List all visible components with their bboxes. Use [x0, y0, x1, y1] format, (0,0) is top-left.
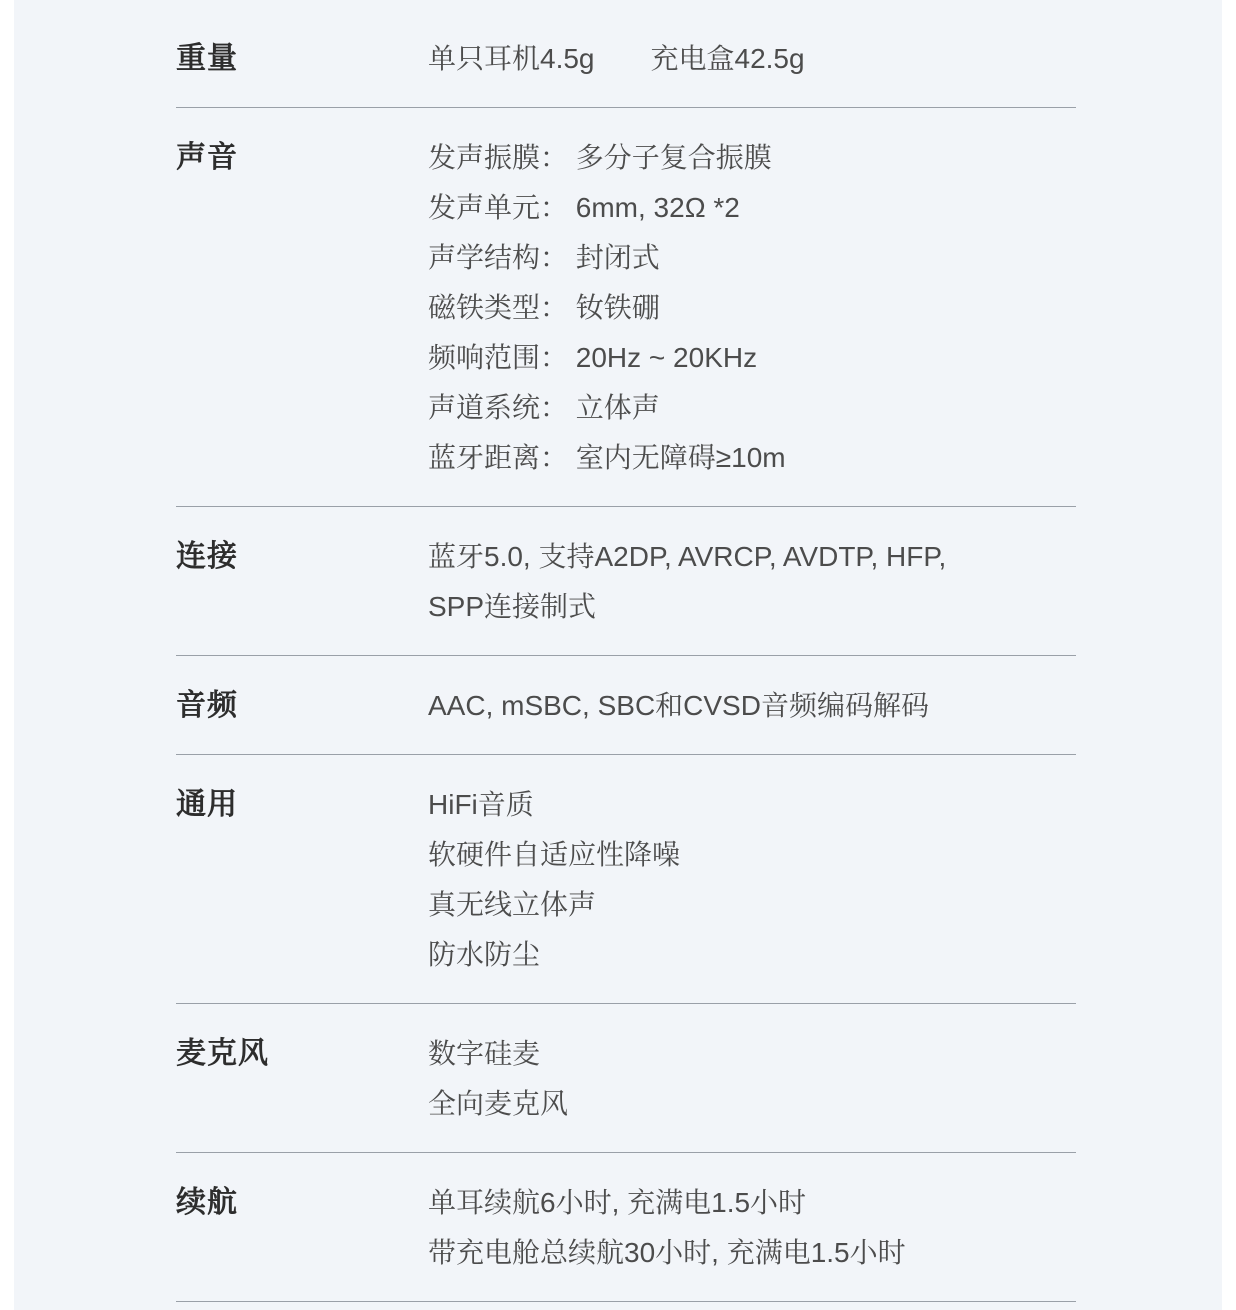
spec-value-line: 带充电舱总续航30小时, 充满电1.5小时 — [428, 1228, 1222, 1278]
spec-value-line: 全向麦克风 — [428, 1079, 1222, 1129]
spec-section-values: HiFi音质软硬件自适应性降噪真无线立体声防水防尘 — [428, 780, 1222, 980]
spec-value-line: AAC, mSBC, SBC和CVSD音频编码解码 — [428, 681, 1222, 731]
spec-section-row: 麦克风 数字硅麦全向麦克风 — [176, 1004, 1222, 1152]
section-divider — [176, 1301, 1076, 1302]
spec-table: 重量 单只耳机4.5g 充电盒42.5g 声音 发声振膜： 多分子复合振膜发声单… — [14, 0, 1222, 1302]
spec-value-line: 发声振膜： 多分子复合振膜 — [428, 133, 1222, 183]
spec-value-line: 蓝牙5.0, 支持A2DP, AVRCP, AVDTP, HFP, — [428, 532, 1222, 582]
spec-section-label: 声音 — [176, 133, 428, 183]
spec-section-values: AAC, mSBC, SBC和CVSD音频编码解码 — [428, 681, 1222, 731]
spec-section-row: 通用 HiFi音质软硬件自适应性降噪真无线立体声防水防尘 — [176, 755, 1222, 1003]
spec-section-label: 重量 — [176, 34, 428, 84]
spec-section-label: 麦克风 — [176, 1029, 428, 1079]
spec-section-label: 续航 — [176, 1178, 428, 1228]
spec-panel: 重量 单只耳机4.5g 充电盒42.5g 声音 发声振膜： 多分子复合振膜发声单… — [14, 0, 1222, 1310]
spec-section-label: 音频 — [176, 681, 428, 731]
spec-section-row: 声音 发声振膜： 多分子复合振膜发声单元： 6mm, 32Ω *2声学结构： 封… — [176, 108, 1222, 506]
spec-section-values: 单只耳机4.5g 充电盒42.5g — [428, 34, 1222, 84]
spec-value-line: 磁铁类型： 钕铁硼 — [428, 283, 1222, 333]
spec-section-row: 音频 AAC, mSBC, SBC和CVSD音频编码解码 — [176, 656, 1222, 754]
spec-section-values: 数字硅麦全向麦克风 — [428, 1029, 1222, 1129]
spec-section-row: 重量 单只耳机4.5g 充电盒42.5g — [176, 9, 1222, 107]
spec-value-line: 蓝牙距离： 室内无障碍≥10m — [428, 433, 1222, 483]
spec-section-values: 单耳续航6小时, 充满电1.5小时带充电舱总续航30小时, 充满电1.5小时 — [428, 1178, 1222, 1278]
spec-section-label: 连接 — [176, 532, 428, 582]
spec-section-label: 通用 — [176, 780, 428, 830]
spec-value-line: 真无线立体声 — [428, 880, 1222, 930]
spec-section-row: 续航 单耳续航6小时, 充满电1.5小时带充电舱总续航30小时, 充满电1.5小… — [176, 1153, 1222, 1301]
spec-value-line: 软硬件自适应性降噪 — [428, 830, 1222, 880]
spec-value-line: 数字硅麦 — [428, 1029, 1222, 1079]
spec-value-line: 频响范围： 20Hz ~ 20KHz — [428, 333, 1222, 383]
spec-section-row: 连接 蓝牙5.0, 支持A2DP, AVRCP, AVDTP, HFP,SPP连… — [176, 507, 1222, 655]
spec-value-line: HiFi音质 — [428, 780, 1222, 830]
spec-section-values: 蓝牙5.0, 支持A2DP, AVRCP, AVDTP, HFP,SPP连接制式 — [428, 532, 1222, 632]
spec-value-line: 防水防尘 — [428, 930, 1222, 980]
spec-value-line: 发声单元： 6mm, 32Ω *2 — [428, 183, 1222, 233]
spec-section-values: 发声振膜： 多分子复合振膜发声单元： 6mm, 32Ω *2声学结构： 封闭式磁… — [428, 133, 1222, 483]
spec-value-line: 单耳续航6小时, 充满电1.5小时 — [428, 1178, 1222, 1228]
spec-value-line: SPP连接制式 — [428, 582, 1222, 632]
spec-value-line: 声学结构： 封闭式 — [428, 233, 1222, 283]
spec-value-line: 声道系统： 立体声 — [428, 383, 1222, 433]
spec-value-line: 单只耳机4.5g 充电盒42.5g — [428, 34, 1222, 84]
